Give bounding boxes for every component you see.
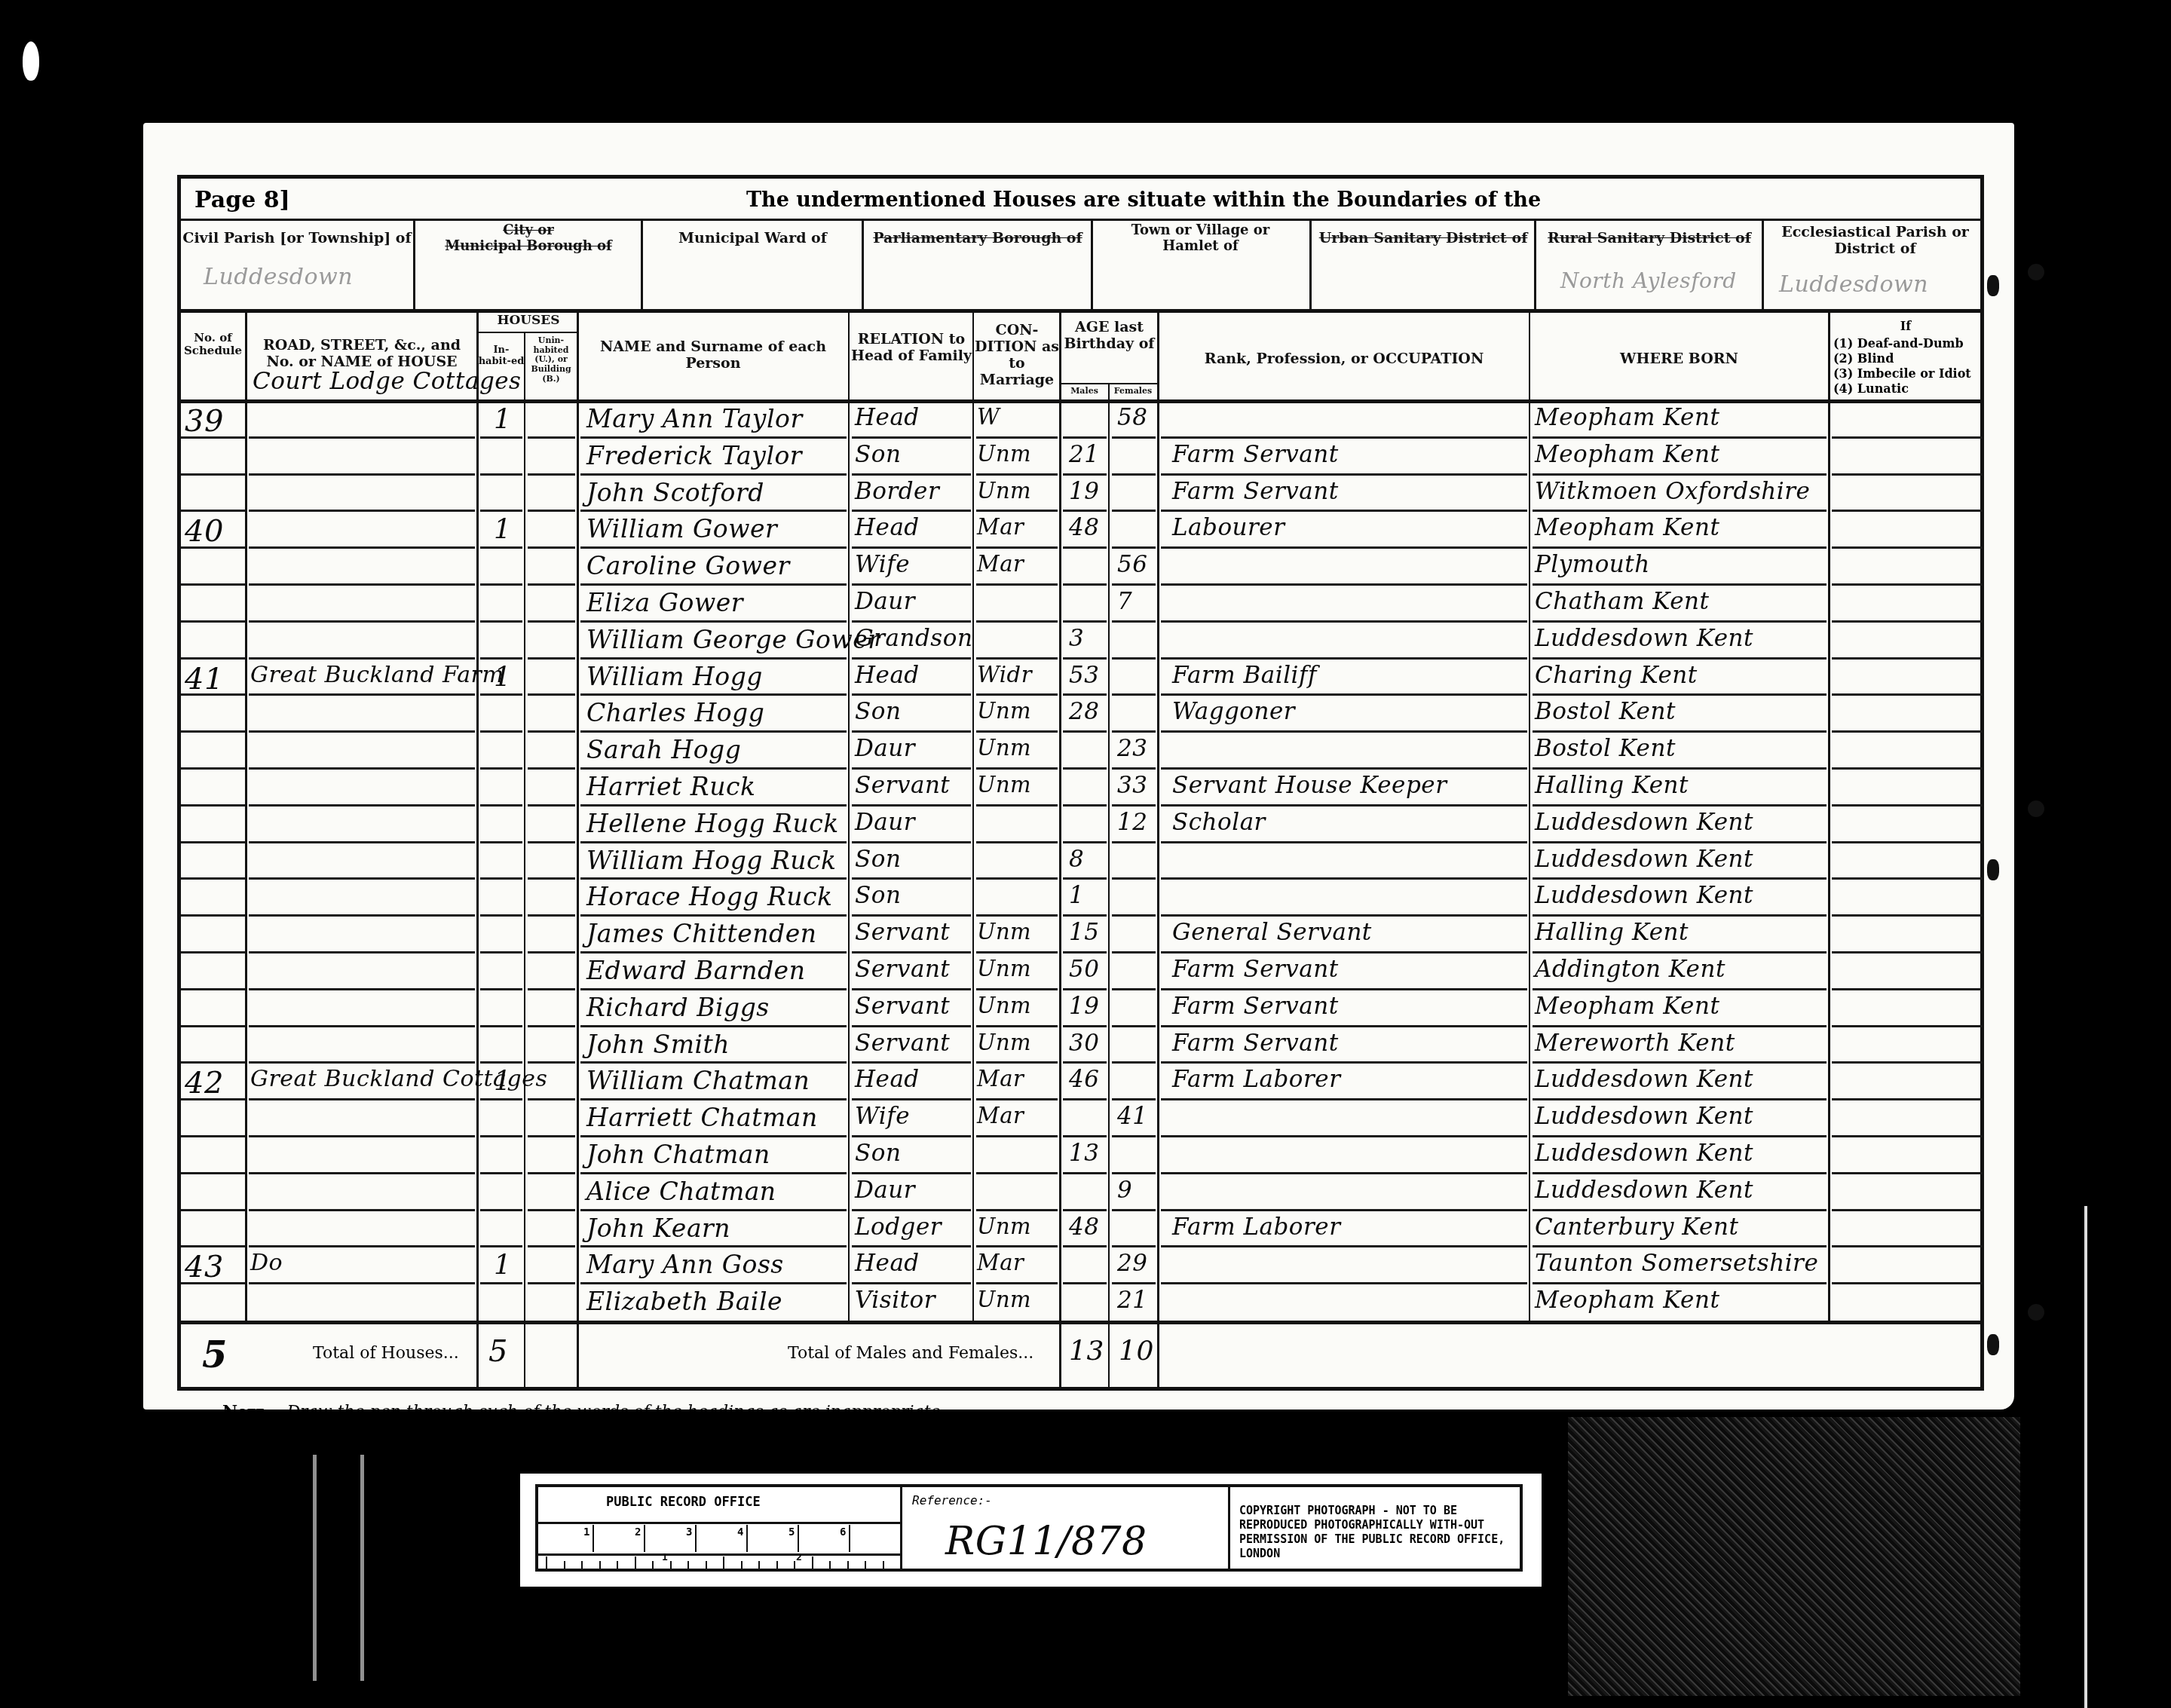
cell-occupation: Farm Servant [1172, 478, 1339, 505]
row-rule [852, 877, 971, 880]
row-rule [1832, 988, 1983, 990]
cell-where-born: Charing Kent [1535, 662, 1698, 689]
row-rule [181, 510, 245, 512]
cell-name: Mary Ann Goss [586, 1250, 784, 1279]
row-rule [528, 1098, 575, 1100]
cell-where-born: Meopham Kent [1535, 441, 1719, 468]
row-rule [480, 1025, 522, 1027]
row-rule [1112, 951, 1156, 953]
row-rule [1832, 1025, 1983, 1027]
row-rule [480, 620, 522, 623]
row-rule [1832, 693, 1983, 696]
cell-relation: Son [855, 1140, 901, 1167]
row-rule [1832, 1135, 1983, 1137]
row-rule [1112, 1098, 1156, 1100]
row-rule [1832, 436, 1983, 439]
col-where-born: WHERE BORN [1530, 351, 1828, 368]
row-rule [1063, 1061, 1107, 1064]
row-rule [976, 1172, 1058, 1174]
cell-relation: Servant [855, 919, 950, 946]
row-rule [1832, 473, 1983, 476]
cell-where-born: Chatham Kent [1535, 588, 1709, 615]
row-rule [1112, 804, 1156, 807]
cell-name: William Hogg Ruck [586, 846, 836, 875]
col-divider [848, 309, 850, 1323]
col-occupation: Rank, Profession, or OCCUPATION [1159, 351, 1529, 368]
cell-where-born: Meopham Kent [1535, 404, 1719, 431]
row-rule [528, 1061, 575, 1064]
row-rule [249, 546, 475, 549]
row-rule [1161, 657, 1527, 660]
row-rule [976, 988, 1058, 990]
row-rule [1533, 1135, 1827, 1137]
row-rule [976, 767, 1058, 770]
row-rule [580, 546, 847, 549]
cell-name: Mary Ann Taylor [586, 404, 803, 433]
cell-name: Harriet Ruck [586, 772, 755, 801]
row-rule [852, 767, 971, 770]
row-rule [1161, 767, 1527, 770]
row-rule [1112, 620, 1156, 623]
row-rule [181, 951, 245, 953]
cell-condition: Unm [977, 441, 1031, 467]
cell-condition: Mar [977, 1103, 1024, 1128]
row-rule [1533, 1209, 1827, 1211]
row-rule [1112, 583, 1156, 586]
row-rule [976, 1209, 1058, 1211]
row-rule [976, 473, 1058, 476]
cell-where-born: Halling Kent [1535, 772, 1689, 799]
row-rule [480, 546, 522, 549]
binder-hole [2028, 1304, 2044, 1321]
cell-condition: Widr [977, 662, 1032, 687]
col-divider [972, 309, 974, 1323]
cell-occupation: General Servant [1172, 919, 1372, 946]
cell-where-born: Luddesdown Kent [1535, 625, 1753, 652]
cell-female-age: 7 [1117, 588, 1132, 615]
row-rule [1533, 1098, 1827, 1100]
ruler-tick [723, 1556, 724, 1569]
ruler-tick [581, 1561, 583, 1569]
row-rule [1161, 730, 1527, 733]
cell-where-born: Bostol Kent [1535, 735, 1676, 762]
row-rule [1832, 877, 1983, 880]
total-females: 10 [1119, 1336, 1154, 1367]
cell-male-age: 28 [1069, 698, 1099, 725]
row-rule [1832, 730, 1983, 733]
cell-male-age: 50 [1069, 956, 1099, 983]
row-rule [1161, 693, 1527, 696]
cell-schedule: 40 [185, 514, 224, 549]
row-rule [1063, 473, 1107, 476]
row-rule [1063, 436, 1107, 439]
ecclesiastical-parish-value: Luddesdown [1779, 271, 1928, 298]
cell-relation: Servant [855, 772, 950, 799]
ruler-tick [741, 1561, 743, 1569]
cell-where-born: Plymouth [1535, 551, 1650, 578]
cell-relation: Head [855, 662, 920, 689]
row-rule [528, 473, 575, 476]
row-rule [852, 1209, 971, 1211]
row-rule [852, 1135, 971, 1137]
row-rule [580, 1135, 847, 1137]
ruler-tick [847, 1561, 849, 1569]
col-infirmity-list: (1) Deaf-and-Dumb (2) Blind (3) Imbecile… [1833, 336, 1971, 396]
document-title: The undermentioned Houses are situate wi… [746, 188, 1541, 212]
row-rule [580, 730, 847, 733]
row-rule [1161, 1209, 1527, 1211]
row-rule [976, 1245, 1058, 1247]
cell-name: William George Gower [586, 625, 880, 654]
cell-female-age: 33 [1117, 772, 1147, 799]
row-rule [1112, 1172, 1156, 1174]
cell-condition: Unm [977, 478, 1031, 504]
row-rule [1161, 436, 1527, 439]
row-rule [580, 583, 847, 586]
col-age: AGE last Birthday of [1061, 320, 1157, 353]
row-rule [249, 1098, 475, 1100]
cell-where-born: Meopham Kent [1535, 993, 1719, 1020]
row-rule [1161, 1061, 1527, 1064]
cell-condition: Unm [977, 772, 1031, 797]
row-rule [1161, 877, 1527, 880]
cell-relation: Head [855, 1250, 920, 1277]
col-divider [1157, 309, 1159, 1391]
col-road: ROAD, STREET, &c., and No. or NAME of HO… [249, 338, 475, 371]
row-rule [976, 1025, 1058, 1027]
row-rule [1161, 1172, 1527, 1174]
row-rule [1832, 804, 1983, 807]
row-rule [528, 841, 575, 843]
row-rule [1832, 510, 1983, 512]
cell-where-born: Luddesdown Kent [1535, 1177, 1753, 1204]
cell-schedule: 39 [185, 404, 224, 439]
cell-female-age: 12 [1117, 809, 1147, 836]
cell-relation: Servant [855, 1030, 950, 1057]
row-rule [976, 510, 1058, 512]
row-rule [528, 1172, 575, 1174]
form-note: Note.—Draw the pen through such of the w… [222, 1402, 946, 1422]
row-rule [1112, 1245, 1156, 1247]
row-rule [976, 620, 1058, 623]
row-rule [852, 1061, 971, 1064]
row-rule [249, 767, 475, 770]
row-rule [580, 510, 847, 512]
col-divider [577, 309, 579, 1391]
row-rule [976, 951, 1058, 953]
row-rule [1063, 1282, 1107, 1284]
row-rule [528, 546, 575, 549]
cell-condition: Mar [977, 514, 1024, 540]
col-uninhabited: Unin-habited (U.), or Building (B.) [525, 336, 577, 384]
row-rule [1063, 1098, 1107, 1100]
ruler-divider [798, 1525, 799, 1552]
cell-relation: Lodger [855, 1214, 942, 1241]
row-rule [580, 951, 847, 953]
cell-relation: Head [855, 404, 920, 431]
public-record-office-label: PUBLIC RECORD OFFICE 1 2 3 4 5 6 1 2 Ref… [520, 1474, 1542, 1587]
divider [413, 219, 415, 311]
row-rule [580, 1245, 847, 1247]
row-rule [1161, 1025, 1527, 1027]
divider [1762, 219, 1764, 311]
row-rule [181, 657, 245, 660]
ecclesiastical-parish-label: Ecclesiastical Parish or District of [1768, 225, 1983, 258]
row-rule [181, 693, 245, 696]
divider [177, 309, 1984, 313]
ruler-tick [564, 1561, 565, 1569]
divider [538, 1522, 900, 1524]
cell-name: John Chatman [586, 1140, 770, 1169]
row-rule [852, 1098, 971, 1100]
col-relation: RELATION to Head of Family [850, 332, 972, 365]
row-rule [480, 730, 522, 733]
row-rule [528, 620, 575, 623]
row-rule [1063, 1172, 1107, 1174]
ruler-tick [776, 1561, 778, 1569]
office-name: PUBLIC RECORD OFFICE [606, 1495, 761, 1510]
row-rule [1832, 546, 1983, 549]
cell-inhabited: 1 [494, 404, 511, 435]
cell-where-born: Witkmoen Oxfordshire [1535, 478, 1810, 505]
row-rule [852, 1025, 971, 1027]
row-rule [580, 1061, 847, 1064]
row-rule [580, 1282, 847, 1284]
cell-where-born: Canterbury Kent [1535, 1214, 1738, 1241]
row-rule [1832, 767, 1983, 770]
col-divider [1059, 309, 1061, 1391]
row-rule [1533, 841, 1827, 843]
cell-name: Edward Barnden [586, 956, 805, 985]
row-rule [1161, 473, 1527, 476]
divider [479, 332, 578, 333]
scan-artifact [23, 41, 39, 81]
col-name: NAME and Surname of each Person [580, 339, 846, 372]
row-rule [976, 657, 1058, 660]
row-rule [181, 473, 245, 476]
row-rule [480, 951, 522, 953]
cell-name: Harriett Chatman [586, 1103, 818, 1132]
row-rule [181, 1282, 245, 1284]
ink-blot [1987, 275, 1999, 296]
binder-hole [2028, 800, 2044, 817]
cell-schedule: 43 [185, 1250, 224, 1284]
row-rule [1832, 1061, 1983, 1064]
row-rule [249, 841, 475, 843]
cell-male-age: 8 [1069, 846, 1084, 873]
ruler-tick [546, 1556, 547, 1569]
row-rule [1112, 1135, 1156, 1137]
row-rule [181, 1135, 245, 1137]
row-rule [1063, 510, 1107, 512]
row-rule [1063, 767, 1107, 770]
row-rule [580, 767, 847, 770]
cell-where-born: Luddesdown Kent [1535, 1103, 1753, 1130]
cell-road: Do [250, 1250, 283, 1276]
cell-male-age: 30 [1069, 1030, 1099, 1057]
row-rule [1832, 1209, 1983, 1211]
cell-name: Hellene Hogg Ruck [586, 809, 839, 838]
ruler-tick [635, 1556, 636, 1569]
row-rule [528, 767, 575, 770]
row-rule [249, 620, 475, 623]
row-rule [1161, 951, 1527, 953]
row-rule [1112, 657, 1156, 660]
cell-occupation: Farm Servant [1172, 956, 1339, 983]
ruler-tick [687, 1561, 689, 1569]
row-rule [249, 1061, 475, 1064]
row-rule [181, 1061, 245, 1064]
rural-sanitary-value: North Aylesford [1560, 268, 1737, 293]
cell-occupation: Labourer [1172, 514, 1285, 541]
ruler-tick [599, 1561, 601, 1569]
row-rule [852, 657, 971, 660]
row-rule [1161, 620, 1527, 623]
cell-inhabited: 1 [494, 1250, 511, 1281]
row-rule [852, 841, 971, 843]
row-rule [528, 436, 575, 439]
row-rule [1161, 1098, 1527, 1100]
cell-occupation: Farm Bailiff [1172, 662, 1317, 689]
row-rule [249, 1209, 475, 1211]
row-rule [1161, 988, 1527, 990]
row-rule [1533, 1172, 1827, 1174]
row-rule [1063, 583, 1107, 586]
cell-condition: Unm [977, 956, 1031, 981]
cell-name: James Chittenden [586, 919, 816, 948]
cell-relation: Daur [855, 1177, 915, 1204]
row-rule [249, 1245, 475, 1247]
cell-condition: Unm [977, 698, 1031, 724]
cell-condition: W [977, 404, 1000, 430]
row-rule [528, 1282, 575, 1284]
ruler-tick [829, 1561, 831, 1569]
row-rule [249, 988, 475, 990]
row-rule [1112, 841, 1156, 843]
row-rule [852, 1282, 971, 1284]
cell-name: Caroline Gower [586, 551, 790, 580]
cell-where-born: Luddesdown Kent [1535, 1066, 1753, 1093]
cell-relation: Daur [855, 588, 915, 615]
cell-relation: Son [855, 846, 901, 873]
ruler-tick [617, 1561, 618, 1569]
cell-condition: Mar [977, 1250, 1024, 1275]
row-rule [1533, 510, 1827, 512]
cell-relation: Son [855, 882, 901, 909]
row-rule [1832, 951, 1983, 953]
cell-name: John Kearn [586, 1214, 730, 1243]
row-rule [1533, 1245, 1827, 1247]
cell-male-age: 21 [1069, 441, 1099, 468]
row-rule [480, 693, 522, 696]
row-rule [528, 730, 575, 733]
row-rule [528, 657, 575, 660]
ruler-divider [593, 1525, 594, 1552]
row-rule [1112, 473, 1156, 476]
row-rule [480, 1282, 522, 1284]
row-rule [181, 988, 245, 990]
row-rule [1063, 730, 1107, 733]
row-rule [1161, 1282, 1527, 1284]
cell-relation: Son [855, 698, 901, 725]
row-rule [1832, 841, 1983, 843]
row-rule [1533, 436, 1827, 439]
cell-occupation: Waggoner [1172, 698, 1295, 725]
row-rule [1161, 510, 1527, 512]
row-rule [580, 1098, 847, 1100]
civil-parish-value: Luddesdown [204, 264, 353, 290]
row-rule [852, 473, 971, 476]
row-rule [1533, 951, 1827, 953]
row-rule [480, 1172, 522, 1174]
row-rule [480, 877, 522, 880]
row-rule [181, 914, 245, 917]
cell-where-born: Addington Kent [1535, 956, 1725, 983]
row-rule [528, 693, 575, 696]
cell-relation: Servant [855, 993, 950, 1020]
cell-male-age: 48 [1069, 1214, 1099, 1241]
row-rule [181, 1025, 245, 1027]
ruler-tick [812, 1556, 813, 1569]
row-rule [1112, 546, 1156, 549]
cell-name: William Hogg [586, 662, 763, 691]
col-divider [476, 309, 479, 1391]
row-rule [480, 767, 522, 770]
row-rule [480, 1209, 522, 1211]
scan-line [313, 1455, 317, 1681]
row-rule [528, 988, 575, 990]
reference-label: Reference:- [912, 1493, 992, 1508]
row-rule [852, 1245, 971, 1247]
row-rule [1832, 914, 1983, 917]
row-rule [480, 1135, 522, 1137]
cell-name: William Gower [586, 514, 777, 543]
row-rule [976, 693, 1058, 696]
ruler-divider [849, 1525, 850, 1552]
row-rule [1063, 1135, 1107, 1137]
cell-relation: Son [855, 441, 901, 468]
cell-where-born: Luddesdown Kent [1535, 809, 1753, 836]
row-rule [1063, 693, 1107, 696]
cell-where-born: Halling Kent [1535, 919, 1689, 946]
row-rule [976, 546, 1058, 549]
row-rule [580, 1025, 847, 1027]
divider [1228, 1487, 1230, 1569]
row-rule [1063, 1025, 1107, 1027]
row-rule [976, 877, 1058, 880]
cell-relation: Wife [855, 551, 910, 578]
row-rule [181, 804, 245, 807]
row-rule [480, 804, 522, 807]
row-rule [249, 1025, 475, 1027]
row-rule [249, 730, 475, 733]
row-rule [181, 1209, 245, 1211]
reference-number: RG11/878 [945, 1519, 1147, 1564]
row-rule [181, 1098, 245, 1100]
cell-where-born: Luddesdown Kent [1535, 882, 1753, 909]
row-rule [1533, 583, 1827, 586]
copyright-notice: COPYRIGHT PHOTOGRAPH - NOT TO BE REPRODU… [1239, 1504, 1511, 1561]
cell-occupation: Farm Servant [1172, 993, 1339, 1020]
municipal-ward-label: Municipal Ward of [644, 231, 862, 247]
cell-occupation: Farm Servant [1172, 441, 1339, 468]
scan-line [360, 1455, 364, 1681]
cell-condition: Mar [977, 1066, 1024, 1091]
row-rule [1533, 693, 1827, 696]
row-rule [1112, 877, 1156, 880]
row-rule [976, 730, 1058, 733]
col-divider [245, 309, 247, 1323]
